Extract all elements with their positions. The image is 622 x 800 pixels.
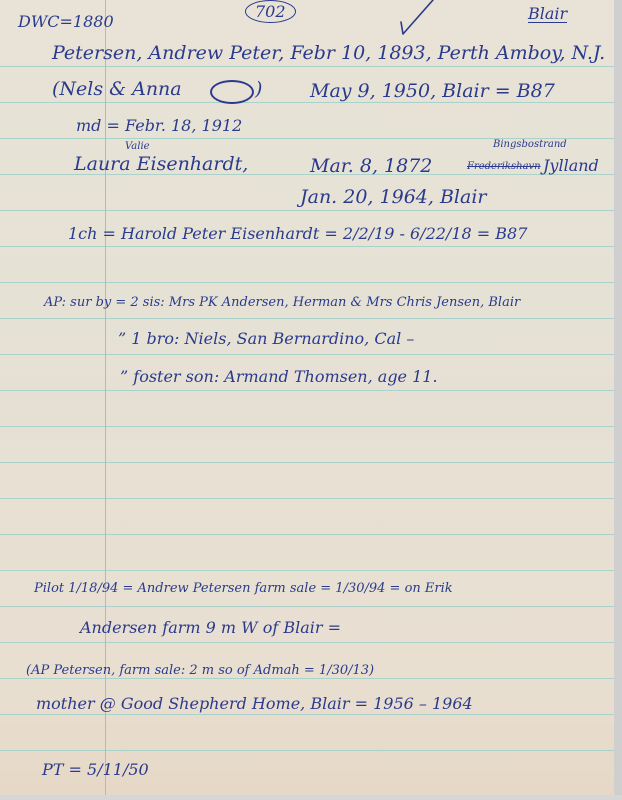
- spouse-death: Jan. 20, 1964, Blair: [300, 188, 486, 207]
- spouse-name: Laura Eisenhardt,: [74, 155, 248, 174]
- scan-edge: [614, 0, 622, 800]
- spouse-birth: Mar. 8, 1872: [310, 157, 432, 176]
- rule-line: [0, 498, 614, 499]
- subject-birth-line: Petersen, Andrew Peter, Febr 10, 1893, P…: [52, 44, 605, 63]
- spouse-birthplace-annotation: Bingsbostrand: [493, 140, 567, 150]
- rule-line: [0, 750, 614, 751]
- parents-close: ): [255, 80, 262, 99]
- rule-line: [0, 318, 614, 319]
- subject-death: May 9, 1950, Blair = B87: [310, 82, 555, 101]
- survivors-foster-son: ” foster son: Armand Thomsen, age 11.: [120, 369, 438, 385]
- rule-line: [0, 534, 614, 535]
- rule-line: [0, 678, 614, 679]
- child-entry: 1ch = Harold Peter Eisenhardt = 2/2/19 -…: [68, 226, 527, 242]
- rule-line: [0, 354, 614, 355]
- mother-home-note: mother @ Good Shepherd Home, Blair = 195…: [36, 696, 473, 712]
- rule-line: [0, 282, 614, 283]
- blank-oval-mark: [210, 80, 254, 104]
- spouse-annotation: Valie: [125, 142, 150, 152]
- pilot-farm-location: Andersen farm 9 m W of Blair =: [80, 620, 341, 636]
- rule-line: [0, 246, 614, 247]
- pilot-notice: Pilot 1/18/94 = Andrew Petersen farm sal…: [34, 582, 453, 595]
- rule-line: [0, 570, 614, 571]
- rule-line: [0, 102, 614, 103]
- spouse-birthplace: Jylland: [543, 158, 599, 174]
- scan-bottom-edge: [0, 795, 622, 800]
- parents: (Nels & Anna: [52, 80, 182, 99]
- record-number: 702: [245, 4, 296, 20]
- lined-paper: DWC=1880 702 Blair Petersen, Andrew Pete…: [0, 0, 614, 795]
- rule-line: [0, 390, 614, 391]
- dwc-number: DWC=1880: [18, 14, 114, 30]
- rule-line: [0, 426, 614, 427]
- location-tag: Blair: [528, 6, 567, 23]
- marriage-date: md = Febr. 18, 1912: [76, 118, 242, 134]
- spouse-birthplace-struck: Frederikshavn: [467, 162, 541, 172]
- rule-line: [0, 210, 614, 211]
- pt-date: PT = 5/11/50: [42, 762, 149, 778]
- rule-line: [0, 462, 614, 463]
- rule-line: [0, 66, 614, 67]
- rule-line: [0, 714, 614, 715]
- rule-line: [0, 606, 614, 607]
- survivors-brother: ” 1 bro: Niels, San Bernardino, Cal –: [118, 331, 414, 347]
- record-number-circle: 702: [245, 0, 296, 23]
- farm-sale-note: (AP Petersen, farm sale: 2 m so of Admah…: [26, 664, 374, 677]
- rule-line: [0, 642, 614, 643]
- check-arrow-icon: [395, 0, 435, 42]
- survivors-sisters: AP: sur by = 2 sis: Mrs PK Andersen, Her…: [44, 296, 520, 309]
